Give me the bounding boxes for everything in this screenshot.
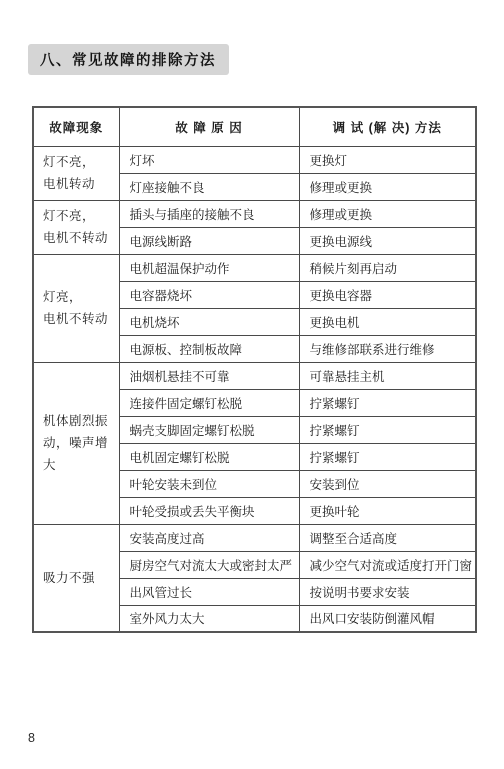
solution-cell: 安装到位: [299, 470, 476, 497]
cause-cell: 叶轮受损或丢失平衡块: [119, 497, 299, 524]
phenomenon-cell: 吸力不强: [33, 524, 119, 632]
header-phenomenon: 故障现象: [33, 107, 119, 146]
table-row: 灯亮， 电机不转动电机超温保护动作稍候片刻再启动: [33, 254, 476, 281]
cause-cell: 厨房空气对流太大或密封太严: [119, 551, 299, 578]
cause-cell: 油烟机悬挂不可靠: [119, 362, 299, 389]
section-title: 八、常见故障的排除方法: [28, 44, 229, 75]
solution-cell: 更换电容器: [299, 281, 476, 308]
troubleshooting-table: 故障现象 故 障 原 因 调 试 (解 决) 方法 灯不亮， 电机转动灯坏更换灯…: [32, 106, 477, 633]
phenomenon-cell: 机体剧烈振动，噪声增大: [33, 362, 119, 524]
solution-cell: 更换电源线: [299, 227, 476, 254]
cause-cell: 蜗壳支脚固定螺钉松脱: [119, 416, 299, 443]
solution-cell: 出风口安装防倒灌风帽: [299, 605, 476, 632]
manual-page: 八、常见故障的排除方法 故障现象 故 障 原 因 调 试 (解 决) 方法 灯不…: [0, 0, 504, 769]
solution-cell: 拧紧螺钉: [299, 443, 476, 470]
solution-cell: 稍候片刻再启动: [299, 254, 476, 281]
solution-cell: 拧紧螺钉: [299, 389, 476, 416]
solution-cell: 调整至合适高度: [299, 524, 476, 551]
cause-cell: 电机固定螺钉松脱: [119, 443, 299, 470]
cause-cell: 室外风力太大: [119, 605, 299, 632]
solution-cell: 更换叶轮: [299, 497, 476, 524]
cause-cell: 电容器烧坏: [119, 281, 299, 308]
header-cause: 故 障 原 因: [119, 107, 299, 146]
solution-cell: 拧紧螺钉: [299, 416, 476, 443]
cause-cell: 连接件固定螺钉松脱: [119, 389, 299, 416]
header-solution: 调 试 (解 决) 方法: [299, 107, 476, 146]
page-number: 8: [28, 731, 35, 745]
cause-cell: 电源线断路: [119, 227, 299, 254]
solution-cell: 按说明书要求安装: [299, 578, 476, 605]
table-row: 灯不亮， 电机不转动插头与插座的接触不良修理或更换: [33, 200, 476, 227]
cause-cell: 电机超温保护动作: [119, 254, 299, 281]
solution-cell: 与维修部联系进行维修: [299, 335, 476, 362]
solution-cell: 可靠悬挂主机: [299, 362, 476, 389]
table-header-row: 故障现象 故 障 原 因 调 试 (解 决) 方法: [33, 107, 476, 146]
cause-cell: 插头与插座的接触不良: [119, 200, 299, 227]
cause-cell: 电源板、控制板故障: [119, 335, 299, 362]
cause-cell: 灯坏: [119, 146, 299, 173]
cause-cell: 叶轮安装未到位: [119, 470, 299, 497]
solution-cell: 修理或更换: [299, 173, 476, 200]
cause-cell: 出风管过长: [119, 578, 299, 605]
phenomenon-cell: 灯不亮， 电机不转动: [33, 200, 119, 254]
table-row: 吸力不强安装高度过高调整至合适高度: [33, 524, 476, 551]
solution-cell: 修理或更换: [299, 200, 476, 227]
solution-cell: 更换灯: [299, 146, 476, 173]
solution-cell: 减少空气对流或适度打开门窗: [299, 551, 476, 578]
solution-cell: 更换电机: [299, 308, 476, 335]
table-body: 灯不亮， 电机转动灯坏更换灯灯座接触不良修理或更换灯不亮， 电机不转动插头与插座…: [33, 146, 476, 632]
phenomenon-cell: 灯不亮， 电机转动: [33, 146, 119, 200]
cause-cell: 电机烧坏: [119, 308, 299, 335]
table-row: 机体剧烈振动，噪声增大油烟机悬挂不可靠可靠悬挂主机: [33, 362, 476, 389]
cause-cell: 灯座接触不良: [119, 173, 299, 200]
phenomenon-cell: 灯亮， 电机不转动: [33, 254, 119, 362]
table-row: 灯不亮， 电机转动灯坏更换灯: [33, 146, 476, 173]
cause-cell: 安装高度过高: [119, 524, 299, 551]
